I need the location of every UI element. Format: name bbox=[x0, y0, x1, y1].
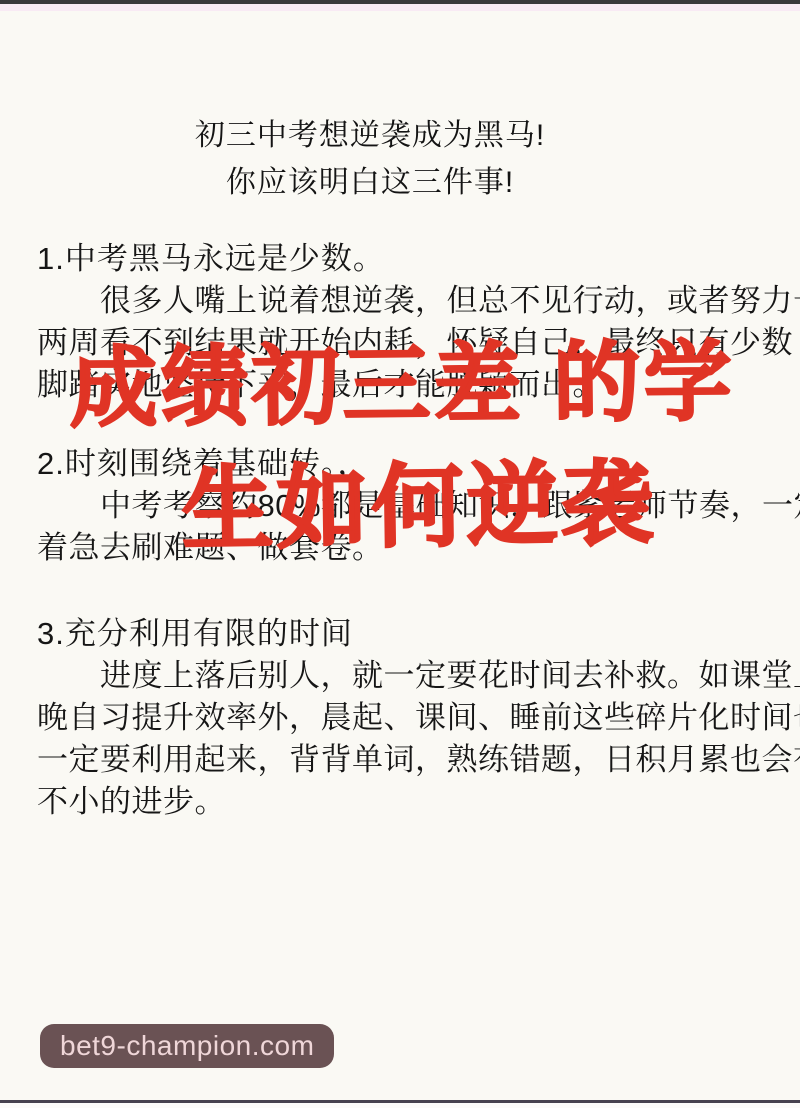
page-title-line1: 初三中考想逆袭成为黑马! bbox=[0, 112, 740, 159]
section-1-heading: 1.中考黑马永远是少数。 bbox=[37, 238, 800, 280]
section-3-line: 晚自习提升效率外，晨起、课间、睡前这些碎片化时间也 bbox=[37, 697, 800, 739]
section-3: 3.充分利用有限的时间 进度上落后别人，就一定要花时间去补救。如课堂上、 晚自习… bbox=[37, 613, 800, 823]
section-3-line: 进度上落后别人，就一定要花时间去补救。如课堂上、 bbox=[37, 655, 800, 697]
section-3-heading: 3.充分利用有限的时间 bbox=[37, 613, 800, 655]
red-handwritten-annotation-line1: 成绩初三差 的学 bbox=[70, 339, 736, 433]
red-handwritten-annotation-line2: 生如何逆袭 bbox=[181, 459, 657, 557]
top-pink-strip bbox=[0, 4, 800, 11]
page-title: 初三中考想逆袭成为黑马! 你应该明白这三件事! bbox=[0, 112, 740, 206]
bottom-white-strip bbox=[0, 1103, 800, 1108]
watermark-badge: bet9-champion.com bbox=[40, 1024, 334, 1068]
section-3-line: 一定要利用起来，背背单词，熟练错题，日积月累也会有 bbox=[37, 739, 800, 781]
poster-page: 初三中考想逆袭成为黑马! 你应该明白这三件事! 1.中考黑马永远是少数。 很多人… bbox=[0, 0, 800, 1108]
section-1-line: 很多人嘴上说着想逆袭，但总不见行动，或者努力一 bbox=[37, 280, 800, 322]
section-3-line: 不小的进步。 bbox=[37, 781, 800, 823]
page-title-line2: 你应该明白这三件事! bbox=[0, 159, 740, 206]
